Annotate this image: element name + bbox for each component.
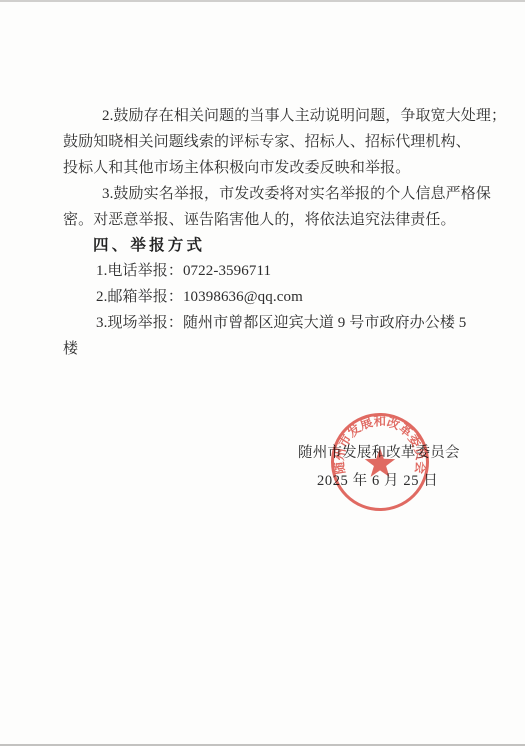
report-method-email: 2.邮箱举报：10398636@qq.com xyxy=(63,285,467,311)
official-seal: 随州市发展和改革委员会 xyxy=(329,411,431,513)
report-method-address-cont: 楼 xyxy=(63,337,467,363)
seal-star-icon xyxy=(365,448,395,477)
paragraph-line: 密。对恶意举报、诬告陷害他人的，将依法追究法律责任。 xyxy=(63,208,467,234)
scan-edge-top xyxy=(0,0,525,2)
paragraph-line: 鼓励知晓相关问题线索的评标专家、招标人、招标代理机构、 xyxy=(63,130,467,156)
report-method-phone: 1.电话举报：0722-3596711 xyxy=(63,259,467,285)
report-method-address: 3.现场举报：随州市曾都区迎宾大道 9 号市政府办公楼 5 xyxy=(63,311,467,337)
paragraph-line: 2.鼓励存在相关问题的当事人主动说明问题，争取宽大处理； xyxy=(63,104,467,130)
paragraph-line: 3.鼓励实名举报，市发改委将对实名举报的个人信息严格保 xyxy=(63,182,467,208)
section-heading: 四、举报方式 xyxy=(63,233,467,259)
document-page: 2.鼓励存在相关问题的当事人主动说明问题，争取宽大处理； 鼓励知晓相关问题线索的… xyxy=(0,0,525,746)
document-body: 2.鼓励存在相关问题的当事人主动说明问题，争取宽大处理； 鼓励知晓相关问题线索的… xyxy=(63,104,467,363)
paragraph-line: 投标人和其他市场主体积极向市发改委反映和举报。 xyxy=(63,156,467,182)
